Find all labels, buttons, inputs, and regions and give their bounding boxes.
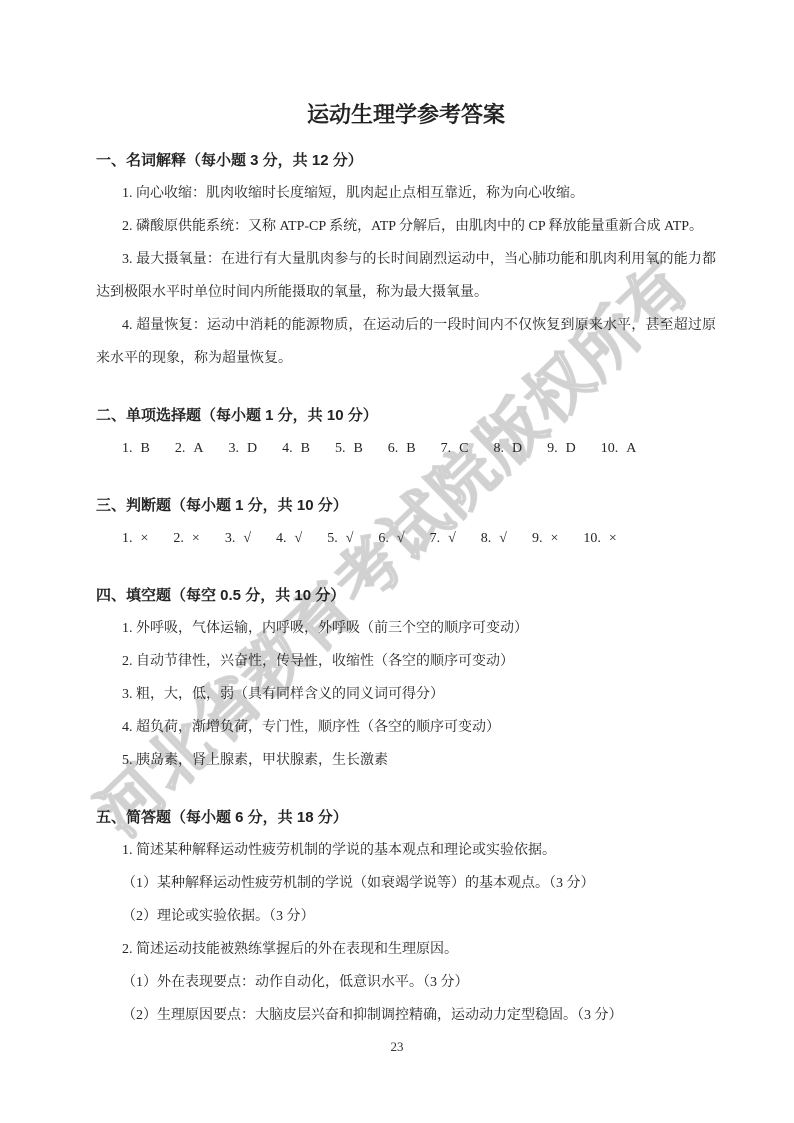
answer-number: 3. bbox=[228, 441, 239, 456]
answer-number: 3. bbox=[225, 531, 236, 546]
answer-number: 10. bbox=[583, 531, 601, 546]
answer-pair: 4.B bbox=[282, 432, 310, 465]
short-answer-q1-point-1: （1）某种解释运动性疲劳机制的学说（如衰竭学说等）的基本观点。（3 分） bbox=[96, 867, 716, 900]
section-heading-definitions: 一、名词解释（每小题 3 分，共 12 分） bbox=[96, 144, 716, 177]
answer-number: 4. bbox=[282, 441, 293, 456]
answer-value: × bbox=[609, 531, 617, 546]
answer-value: D bbox=[247, 441, 257, 456]
answer-number: 5. bbox=[335, 441, 346, 456]
answer-value: D bbox=[512, 441, 522, 456]
answer-number: 10. bbox=[601, 441, 619, 456]
answer-pair: 10.A bbox=[601, 432, 637, 465]
section-heading-fill-blank: 四、填空题（每空 0.5 分，共 10 分） bbox=[96, 579, 716, 612]
answer-pair: 9.× bbox=[532, 522, 558, 555]
answer-value: √ bbox=[448, 531, 456, 546]
definition-item-3: 3. 最大摄氧量：在进行有大量肌肉参与的长时间剧烈运动中，当心肺功能和肌肉利用氧… bbox=[96, 243, 716, 309]
answer-value: B bbox=[406, 441, 415, 456]
answer-value: × bbox=[192, 531, 200, 546]
short-answer-q2-point-1: （1）外在表现要点：动作自动化，低意识水平。（3 分） bbox=[96, 966, 716, 999]
answer-pair: 9.D bbox=[547, 432, 576, 465]
fill-blank-item-4: 4. 超负荷，渐增负荷，专门性，顺序性（各空的顺序可变动） bbox=[96, 711, 716, 744]
answer-number: 2. bbox=[175, 441, 186, 456]
answer-pair: 5.√ bbox=[327, 522, 353, 555]
answer-number: 1. bbox=[122, 441, 133, 456]
answer-value: √ bbox=[397, 531, 405, 546]
answer-value: D bbox=[566, 441, 576, 456]
answer-pair: 1.B bbox=[122, 432, 150, 465]
section-heading-multiple-choice: 二、单项选择题（每小题 1 分，共 10 分） bbox=[96, 399, 716, 432]
answer-number: 6. bbox=[378, 531, 389, 546]
answer-value: √ bbox=[295, 531, 303, 546]
short-answer-q2: 2. 简述运动技能被熟练掌握后的外在表现和生理原因。 bbox=[96, 933, 716, 966]
answer-number: 1. bbox=[122, 531, 133, 546]
answer-value: B bbox=[301, 441, 310, 456]
answer-number: 9. bbox=[547, 441, 558, 456]
answer-pair: 3.√ bbox=[225, 522, 251, 555]
answer-pair: 6.√ bbox=[378, 522, 404, 555]
answer-value: × bbox=[550, 531, 558, 546]
answer-value: × bbox=[141, 531, 149, 546]
answer-pair: 2.A bbox=[175, 432, 204, 465]
answer-pair: 4.√ bbox=[276, 522, 302, 555]
answer-pair: 1.× bbox=[122, 522, 148, 555]
section-heading-true-false: 三、判断题（每小题 1 分，共 10 分） bbox=[96, 489, 716, 522]
answer-number: 6. bbox=[388, 441, 399, 456]
fill-blank-item-5: 5. 胰岛素，肾上腺素，甲状腺素，生长激素 bbox=[96, 744, 716, 777]
answer-value: √ bbox=[243, 531, 251, 546]
section-heading-short-answer: 五、简答题（每小题 6 分，共 18 分） bbox=[96, 801, 716, 834]
true-false-answers-row: 1.×2.×3.√4.√5.√6.√7.√8.√9.×10.× bbox=[96, 522, 716, 555]
answer-value: A bbox=[193, 441, 203, 456]
answer-value: A bbox=[626, 441, 636, 456]
definition-item-1: 1. 向心收缩：肌肉收缩时长度缩短，肌肉起止点相互靠近，称为向心收缩。 bbox=[96, 177, 716, 210]
multiple-choice-answers-row: 1.B2.A3.D4.B5.B6.B7.C8.D9.D10.A bbox=[96, 432, 716, 465]
answer-number: 8. bbox=[481, 531, 492, 546]
page-content: 运动生理学参考答案 一、名词解释（每小题 3 分，共 12 分） 1. 向心收缩… bbox=[0, 0, 794, 1032]
short-answer-q1-point-2: （2）理论或实验依据。（3 分） bbox=[96, 900, 716, 933]
answer-number: 8. bbox=[493, 441, 504, 456]
answer-number: 4. bbox=[276, 531, 287, 546]
answer-number: 9. bbox=[532, 531, 543, 546]
answer-value: B bbox=[141, 441, 150, 456]
fill-blank-item-2: 2. 自动节律性，兴奋性，传导性，收缩性（各空的顺序可变动） bbox=[96, 645, 716, 678]
answer-value: √ bbox=[346, 531, 354, 546]
answer-number: 5. bbox=[327, 531, 338, 546]
short-answer-q1: 1. 简述某种解释运动性疲劳机制的学说的基本观点和理论或实验依据。 bbox=[96, 834, 716, 867]
answer-pair: 2.× bbox=[173, 522, 199, 555]
answer-number: 2. bbox=[173, 531, 184, 546]
answer-pair: 3.D bbox=[228, 432, 257, 465]
answer-number: 7. bbox=[430, 531, 441, 546]
page-number: 23 bbox=[0, 1038, 794, 1056]
answer-value: C bbox=[459, 441, 468, 456]
fill-blank-item-3: 3. 粗，大，低，弱（具有同样含义的同义词可得分） bbox=[96, 678, 716, 711]
answer-pair: 6.B bbox=[388, 432, 416, 465]
answer-pair: 10.× bbox=[583, 522, 616, 555]
answer-value: √ bbox=[499, 531, 507, 546]
answer-pair: 7.C bbox=[441, 432, 469, 465]
answer-pair: 7.√ bbox=[430, 522, 456, 555]
page-title: 运动生理学参考答案 bbox=[96, 100, 716, 130]
definition-item-2: 2. 磷酸原供能系统：又称 ATP-CP 系统，ATP 分解后，由肌肉中的 CP… bbox=[96, 210, 716, 243]
document-page: 河北省教育考试院版权所有 运动生理学参考答案 一、名词解释（每小题 3 分，共 … bbox=[0, 0, 794, 1123]
fill-blank-item-1: 1. 外呼吸，气体运输，内呼吸，外呼吸（前三个空的顺序可变动） bbox=[96, 612, 716, 645]
answer-pair: 5.B bbox=[335, 432, 363, 465]
answer-value: B bbox=[353, 441, 362, 456]
answer-pair: 8.√ bbox=[481, 522, 507, 555]
answer-pair: 8.D bbox=[493, 432, 522, 465]
short-answer-q2-point-2: （2）生理原因要点：大脑皮层兴奋和抑制调控精确，运动动力定型稳固。（3 分） bbox=[96, 999, 716, 1032]
answer-number: 7. bbox=[441, 441, 452, 456]
definition-item-4: 4. 超量恢复：运动中消耗的能源物质，在运动后的一段时间内不仅恢复到原来水平，甚… bbox=[96, 309, 716, 375]
